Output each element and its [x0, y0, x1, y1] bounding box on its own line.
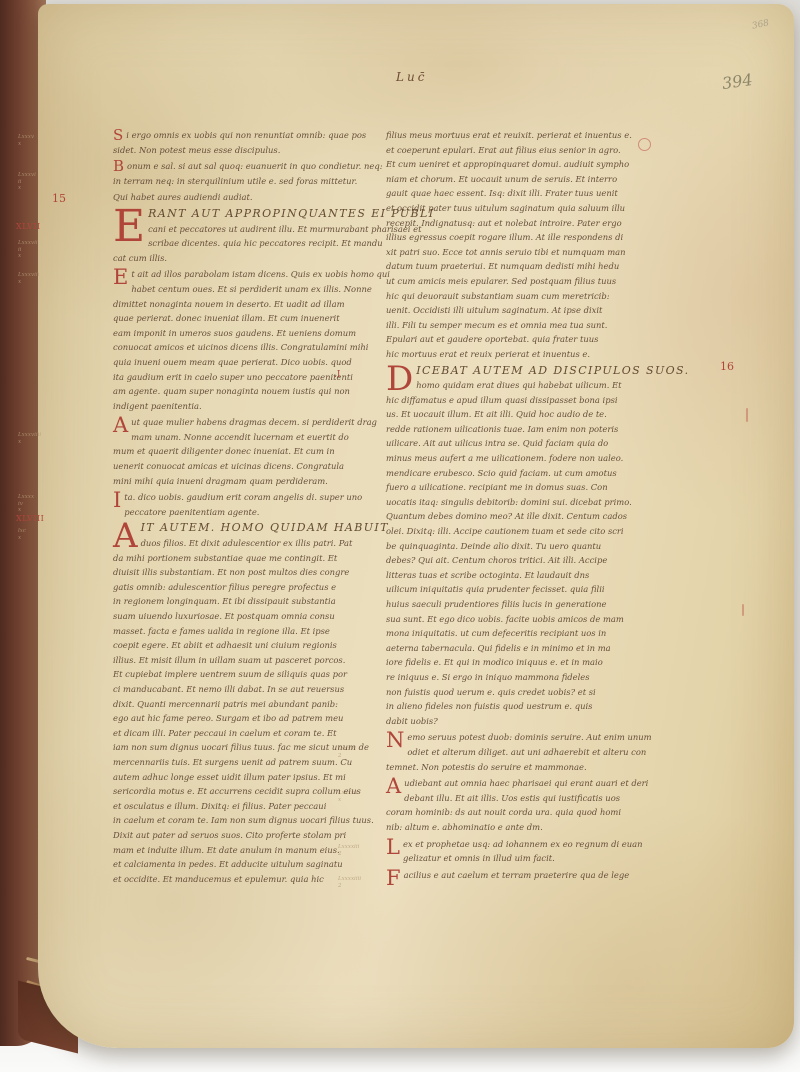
text-block: E RANT AUT APPROPINQUANTES EI PUBLIcani … [113, 207, 351, 265]
block-lines: filius meus mortuus erat et reuixit. per… [386, 128, 696, 362]
block-lines: ICEBAT AUTEM AD DISCIPULOS SUOS.homo qui… [386, 364, 696, 729]
block-lines: ex et prophetae usq: ad iohannem ex eo r… [386, 837, 696, 866]
parchment-page: Luc̄ 394 368 15 XLVII XLVIII 16 .I Lxxxv… [38, 4, 794, 1048]
margin-note: Lxxxviiix [18, 272, 39, 285]
margin-note: Lxxxviiix [18, 172, 36, 192]
margin-note: Lxxxviiiix [18, 240, 38, 260]
text-block: N emo seruus potest duob: dominis seruir… [386, 730, 696, 774]
block-lines: emo seruus potest duob: dominis seruire.… [386, 730, 696, 774]
block-lines: udiebant aut omnia haec pharisaei qui er… [386, 776, 696, 834]
text-column-right: filius meus mortuus erat et reuixit. per… [386, 128, 696, 884]
red-tick-mark [746, 408, 748, 422]
block-lines: RANT AUT APPROPINQUANTES EI PUBLIcani et… [113, 207, 351, 265]
text-block: A ut quae mulier habens dragmas decem. s… [113, 415, 351, 488]
text-column-left: S i ergo omnis ex uobis qui non renuntia… [113, 128, 351, 888]
margin-note: Lxxxvx [18, 134, 34, 147]
text-block: L ex et prophetae usq: ad iohannem ex eo… [386, 837, 696, 866]
section-number-xlvii: XLVII [16, 222, 41, 231]
manuscript-photo: Luc̄ 394 368 15 XLVII XLVIII 16 .I Lxxxv… [0, 0, 800, 1072]
text-block: filius meus mortuus erat et reuixit. per… [386, 128, 696, 362]
text-block: A IT AUTEM. HOMO QUIDAM HABUITduos filio… [113, 521, 351, 886]
margin-note: Lxxxviiiix [18, 432, 41, 445]
text-block: B onum e sal. si aut sal quoq: euanuerit… [113, 159, 351, 188]
text-block: D ICEBAT AUTEM AD DISCIPULOS SUOS.homo q… [386, 364, 696, 729]
block-lines: ta. dico uobis. gaudium erit coram angel… [113, 490, 351, 519]
block-lines: i ergo omnis ex uobis qui non renuntiat … [113, 128, 351, 157]
chapter-number-15: 15 [52, 192, 66, 205]
text-block: F acilius e aut caelum et terram praeter… [386, 868, 696, 883]
margin-note: Lxxxxivx [18, 494, 34, 514]
block-lines: Qui habet aures audiendi audiat. [113, 190, 351, 205]
chapter-number-16: 16 [720, 360, 734, 373]
block-lines: onum e sal. si aut sal quoq: euanuerit i… [113, 159, 351, 188]
running-title: Luc̄ [396, 70, 427, 84]
block-lines: IT AUTEM. HOMO QUIDAM HABUITduos filios.… [113, 521, 351, 886]
block-lines: t ait ad illos parabolam istam dicens. Q… [113, 267, 351, 413]
text-block: S i ergo omnis ex uobis qui non renuntia… [113, 128, 351, 157]
text-block: E t ait ad illos parabolam istam dicens.… [113, 267, 351, 413]
text-block: Qui habet aures audiendi audiat. [113, 190, 351, 205]
folio-number: 394 [721, 70, 754, 93]
red-tick-mark [742, 604, 744, 616]
corner-number: 368 [751, 18, 770, 31]
text-block: A udiebant aut omnia haec pharisaei qui … [386, 776, 696, 834]
text-block: I ta. dico uobis. gaudium erit coram ang… [113, 490, 351, 519]
block-lines: ut quae mulier habens dragmas decem. si … [113, 415, 351, 488]
block-lines: acilius e aut caelum et terram praeterir… [386, 868, 696, 883]
section-number-xlviii: XLVIII [16, 514, 44, 523]
margin-note: lxcx [18, 528, 26, 541]
